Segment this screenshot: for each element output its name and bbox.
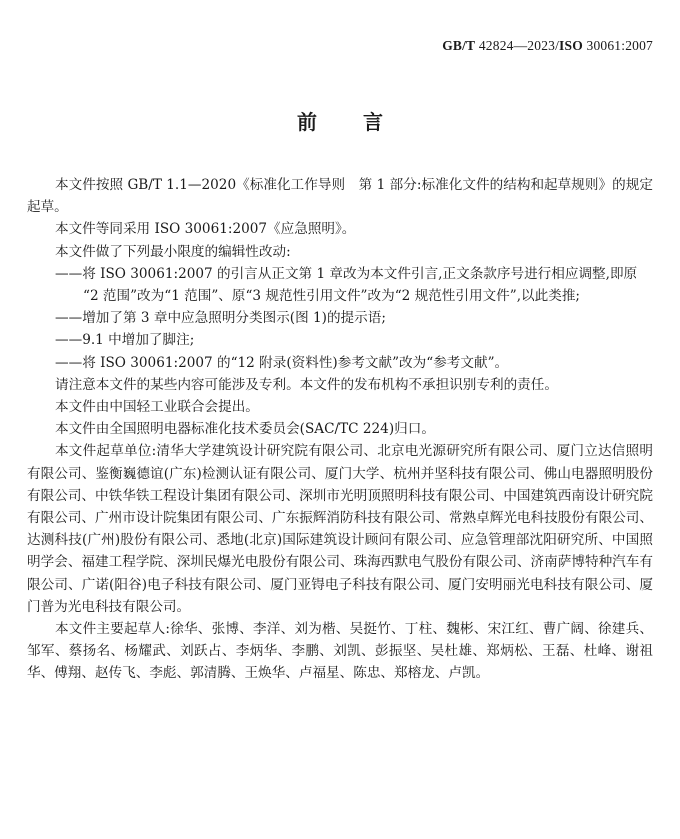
- foreword-body: 本文件按照 GB/T 1.1—2020《标准化工作导则 第 1 部分:标准化文件…: [27, 174, 653, 685]
- drafting-units: 本文件起草单位:清华大学建筑设计研究院有限公司、北京电光源研究所有限公司、厦门立…: [27, 440, 653, 618]
- iso-number: 30061:2007: [583, 38, 653, 53]
- adoption-paragraph: 本文件等同采用 ISO 30061:2007《应急照明》。: [27, 218, 653, 240]
- patent-notice: 请注意本文件的某些内容可能涉及专利。本文件的发布机构不承担识别专利的责任。: [27, 374, 653, 396]
- administered-by: 本文件由全国照明电器标准化技术委员会(SAC/TC 224)归口。: [27, 418, 653, 440]
- change-item-1-line1: ——将 ISO 30061:2007 的引言从正文第 1 章改为本文件引言,正文…: [27, 263, 653, 285]
- standard-code-header: GB/T 42824—2023/ISO 30061:2007: [442, 38, 653, 54]
- change-item-3: ——9.1 中增加了脚注;: [27, 329, 653, 351]
- change-item-1-line2: “2 范围”改为“1 范围”、原“3 规范性引用文件”改为“2 规范性引用文件”…: [27, 285, 653, 307]
- proposed-by: 本文件由中国轻工业联合会提出。: [27, 396, 653, 418]
- drafting-rule-paragraph: 本文件按照 GB/T 1.1—2020《标准化工作导则 第 1 部分:标准化文件…: [27, 174, 653, 218]
- main-drafters: 本文件主要起草人:徐华、张博、李洋、刘为楷、吴挺竹、丁柱、魏彬、宋江红、曹广阔、…: [27, 618, 653, 685]
- change-item-2: ——增加了第 3 章中应急照明分类图示(图 1)的提示语;: [27, 307, 653, 329]
- page-title: 前言: [0, 106, 680, 135]
- change-item-4: ——将 ISO 30061:2007 的“12 附录(资料性)参考文献”改为“参…: [27, 352, 653, 374]
- gbt-number: 42824—2023/: [475, 38, 559, 53]
- iso-prefix: ISO: [559, 38, 583, 53]
- gbt-prefix: GB/T: [442, 38, 475, 53]
- editorial-changes-intro: 本文件做了下列最小限度的编辑性改动:: [27, 241, 653, 263]
